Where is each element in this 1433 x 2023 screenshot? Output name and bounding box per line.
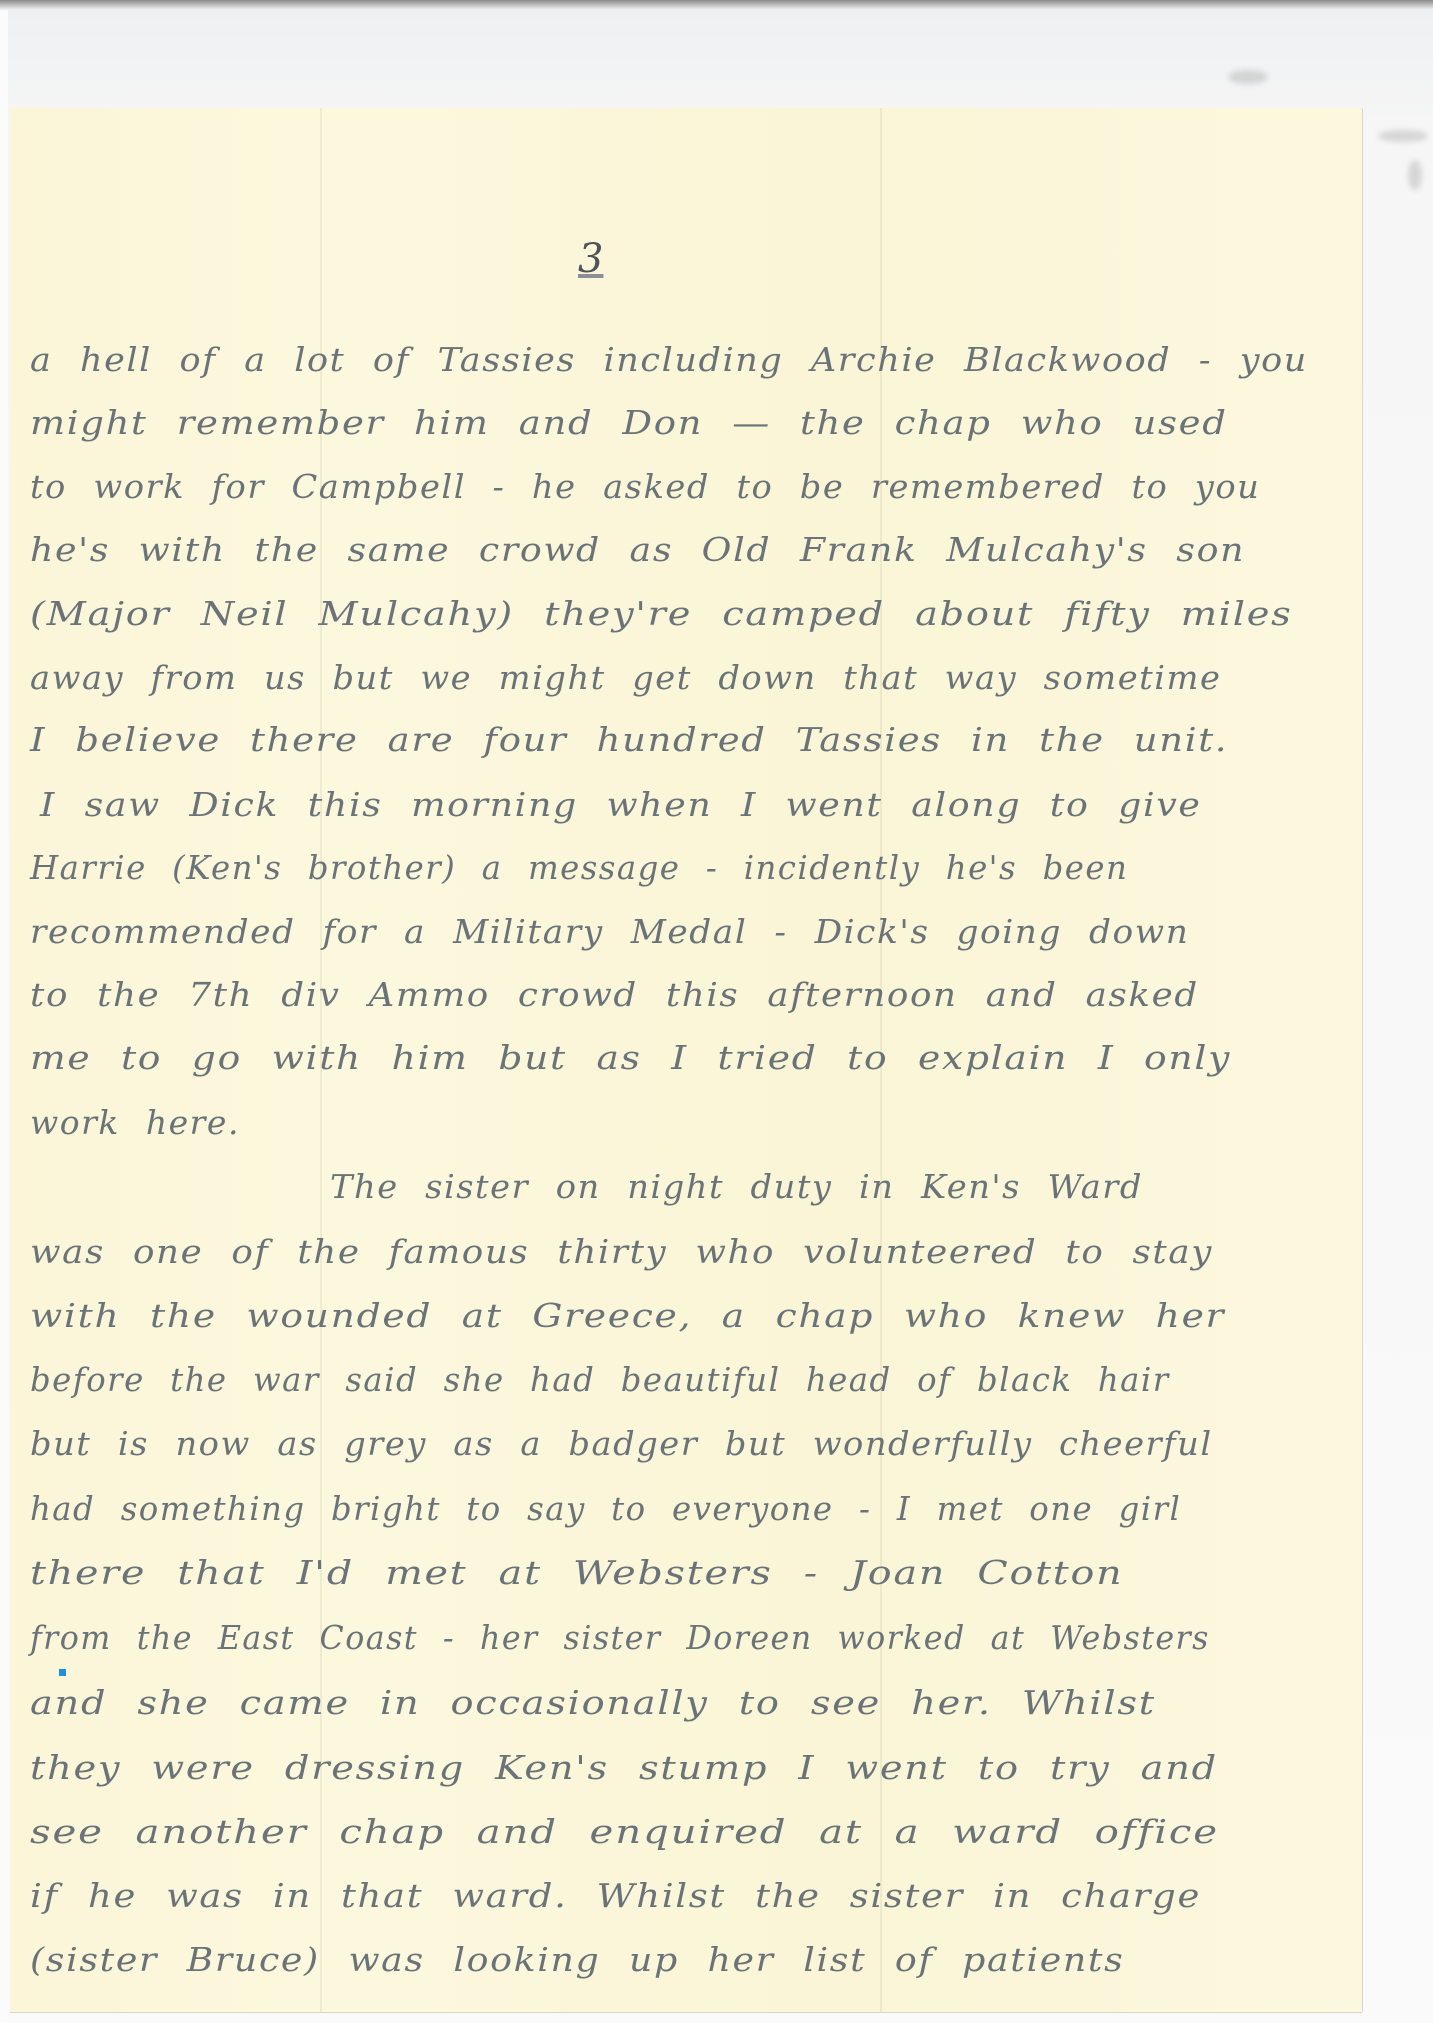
handwritten-line: to the 7th div Ammo crowd this afternoon…: [30, 975, 1199, 1014]
handwritten-line: I saw Dick this morning when I went alon…: [40, 785, 1202, 824]
handwritten-line: had something bright to say to everyone …: [30, 1489, 1181, 1528]
handwritten-line: work here.: [30, 1103, 240, 1142]
handwritten-line: if he was in that ward. Whilst the siste…: [30, 1876, 1201, 1915]
handwritten-line: there that I'd met at Websters - Joan Co…: [30, 1553, 1123, 1592]
scan-smudge: [1408, 160, 1422, 190]
blue-ink-mark: [59, 1669, 66, 1676]
handwritten-line: a hell of a lot of Tassies including Arc…: [30, 340, 1308, 379]
handwritten-line: (Major Neil Mulcahy) they're camped abou…: [30, 594, 1293, 633]
handwritten-line: recommended for a Military Medal - Dick'…: [30, 912, 1189, 951]
handwritten-line: he's with the same crowd as Old Frank Mu…: [30, 530, 1245, 569]
scan-top-edge: [0, 0, 1433, 10]
handwritten-line: before the war said she had beautiful he…: [30, 1360, 1170, 1399]
handwritten-line: from the East Coast - her sister Doreen …: [30, 1618, 1210, 1657]
handwritten-line: was one of the famous thirty who volunte…: [30, 1232, 1213, 1271]
handwritten-line: to work for Campbell - he asked to be re…: [30, 467, 1260, 506]
scan-smudge: [1228, 70, 1268, 84]
handwritten-line: see another chap and enquired at a ward …: [30, 1812, 1219, 1851]
page-number: 3: [578, 236, 603, 282]
handwritten-line: I believe there are four hundred Tassies…: [30, 720, 1228, 759]
handwritten-line: The sister on night duty in Ken's Ward: [330, 1167, 1143, 1206]
handwritten-line: away from us but we might get down that …: [30, 658, 1221, 697]
handwritten-line: me to go with him but as I tried to expl…: [30, 1038, 1231, 1077]
handwritten-line: and she came in occasionally to see her.…: [30, 1683, 1156, 1722]
handwritten-line: they were dressing Ken's stump I went to…: [30, 1748, 1218, 1787]
handwritten-line: with the wounded at Greece, a chap who k…: [30, 1296, 1225, 1335]
handwritten-line: (sister Bruce) was looking up her list o…: [30, 1940, 1124, 1979]
handwritten-line: might remember him and Don — the chap wh…: [30, 403, 1228, 442]
handwritten-line: but is now as grey as a badger but wonde…: [30, 1424, 1213, 1463]
scan-smudge: [1378, 130, 1428, 142]
handwritten-line: Harrie (Ken's brother) a message - incid…: [30, 848, 1128, 887]
